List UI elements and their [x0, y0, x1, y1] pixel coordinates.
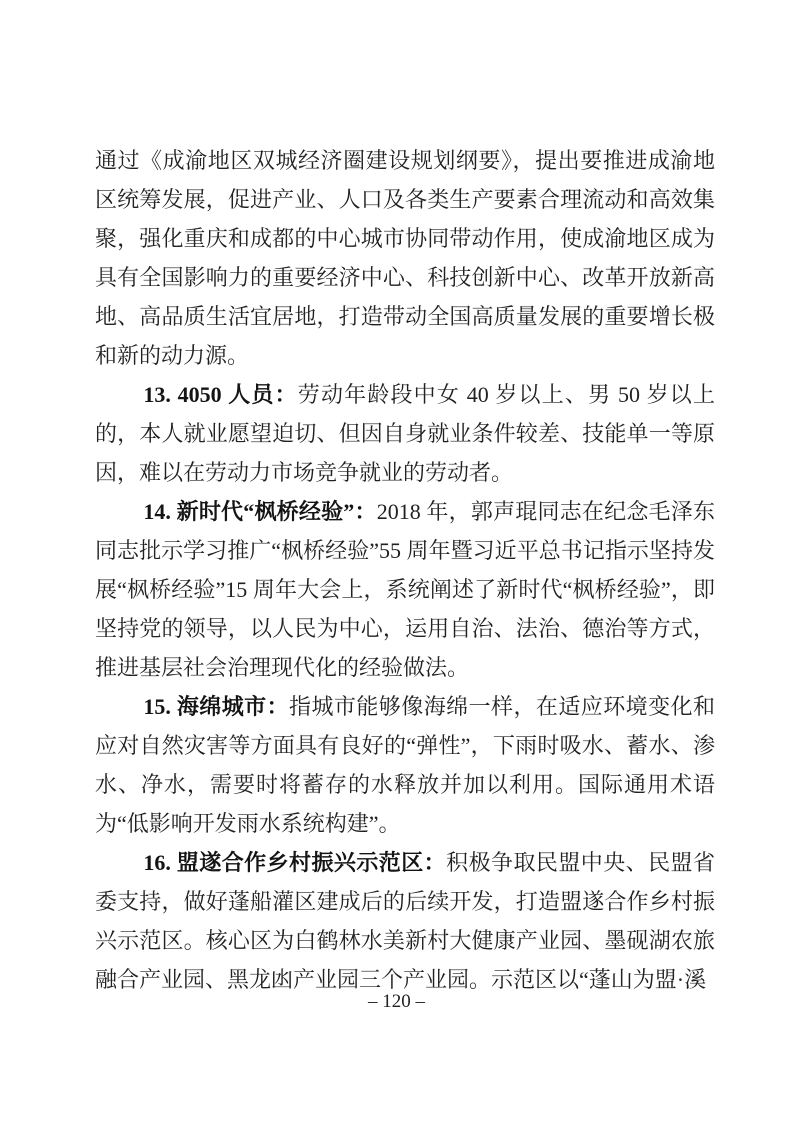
- glossary-item-16: 16. 盟遂合作乡村振兴示范区：积极争取民盟中央、民盟省委支持，做好蓬船灌区建成…: [95, 843, 715, 999]
- glossary-item-15: 15. 海绵城市：指城市能够像海绵一样，在适应环境变化和应对自然灾害等方面具有良…: [95, 687, 715, 843]
- glossary-term-13: 13. 4050 人员：: [143, 382, 297, 407]
- text-content: 通过《成渝地区双城经济圈建设规划纲要》，提出要推进成渝地区统筹发展，促进产业、人…: [95, 141, 715, 999]
- glossary-term-16: 16. 盟遂合作乡村振兴示范区：: [143, 850, 446, 875]
- glossary-definition-14: 2018 年，郭声琨同志在纪念毛泽东同志批示学习推广“枫桥经验”55 周年暨习近…: [95, 499, 715, 680]
- glossary-term-15: 15. 海绵城市：: [143, 694, 289, 719]
- glossary-term-14: 14. 新时代“枫桥经验”：: [143, 499, 376, 524]
- glossary-item-13: 13. 4050 人员：劳动年龄段中女 40 岁以上、男 50 岁以上的，本人就…: [95, 375, 715, 492]
- glossary-item-14: 14. 新时代“枫桥经验”：2018 年，郭声琨同志在纪念毛泽东同志批示学习推广…: [95, 492, 715, 687]
- page-number: – 120 –: [0, 991, 793, 1013]
- paragraph-continuation: 通过《成渝地区双城经济圈建设规划纲要》，提出要推进成渝地区统筹发展，促进产业、人…: [95, 141, 715, 375]
- paragraph-continuation-text: 通过《成渝地区双城经济圈建设规划纲要》，提出要推进成渝地区统筹发展，促进产业、人…: [95, 148, 715, 368]
- document-page: 通过《成渝地区双城经济圈建设规划纲要》，提出要推进成渝地区统筹发展，促进产业、人…: [0, 0, 793, 1122]
